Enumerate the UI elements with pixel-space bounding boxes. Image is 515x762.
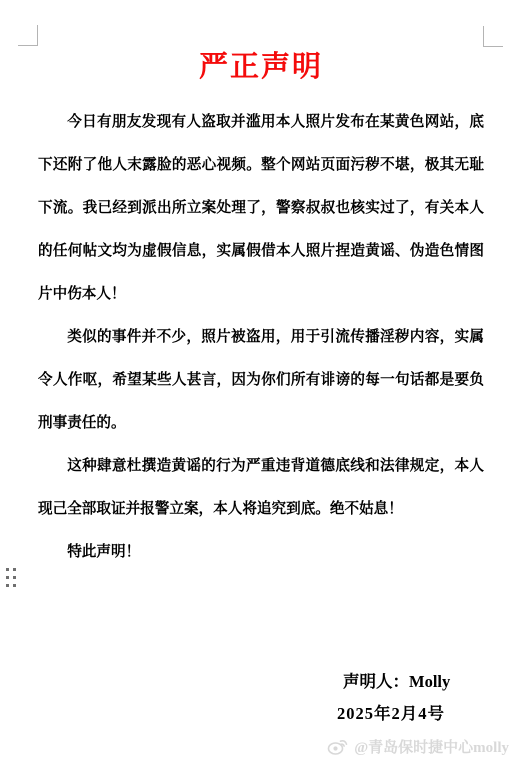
grip-dot [6, 568, 9, 571]
date-line: 2025年2月4号 [337, 704, 445, 724]
body-line: 下还附了他人末露脸的恶心视频。整个网站页面污秽不堪，极其无耻 [38, 144, 484, 187]
paragraph-drag-handle[interactable] [6, 568, 16, 587]
body-line: 刑事责任的。 [38, 402, 484, 445]
body-line: 类似的事件并不少，照片被盗用，用于引流传播淫秽内容，实属 [38, 316, 484, 359]
watermark-text: @青岛保时捷中心molly [354, 736, 509, 757]
body-line: 片中伤本人！ [38, 273, 484, 316]
watermark: @青岛保时捷中心molly [326, 733, 509, 759]
document-page: { "page": { "title": "严正声明", "title_colo… [0, 0, 515, 762]
body-line: 下流。我已经到派出所立案处理了，警察叔叔也核实过了，有关本人 [38, 187, 484, 230]
grip-dot [6, 576, 9, 579]
body-line: 特此声明！ [38, 531, 484, 574]
document-body: 今日有朋友发现有人盗取并滥用本人照片发布在某黄色网站，底下还附了他人末露脸的恶心… [38, 101, 484, 574]
weibo-icon [326, 734, 350, 758]
grip-dot [13, 568, 16, 571]
body-line: 今日有朋友发现有人盗取并滥用本人照片发布在某黄色网站，底 [38, 101, 484, 144]
grip-dot [13, 576, 16, 579]
page-title: 严正声明 [38, 44, 484, 90]
body-line: 这种肆意杜撰造黄谣的行为严重违背道德底线和法律规定，本人 [38, 445, 484, 488]
grip-dot [6, 584, 9, 587]
body-line: 令人作呕，希望某些人甚言，因为你们所有诽谤的每一句话都是要负 [38, 359, 484, 402]
signature-line: 声明人：Molly [343, 672, 450, 692]
margin-crop-mark-top-right [483, 26, 503, 47]
margin-crop-mark-top-left [18, 25, 38, 46]
grip-dot [13, 584, 16, 587]
body-line: 现己全部取证并报警立案，本人将追究到底。绝不姑息！ [38, 488, 484, 531]
body-line: 的任何帖文均为虚假信息，实属假借本人照片捏造黄谣、伪造色情图 [38, 230, 484, 273]
